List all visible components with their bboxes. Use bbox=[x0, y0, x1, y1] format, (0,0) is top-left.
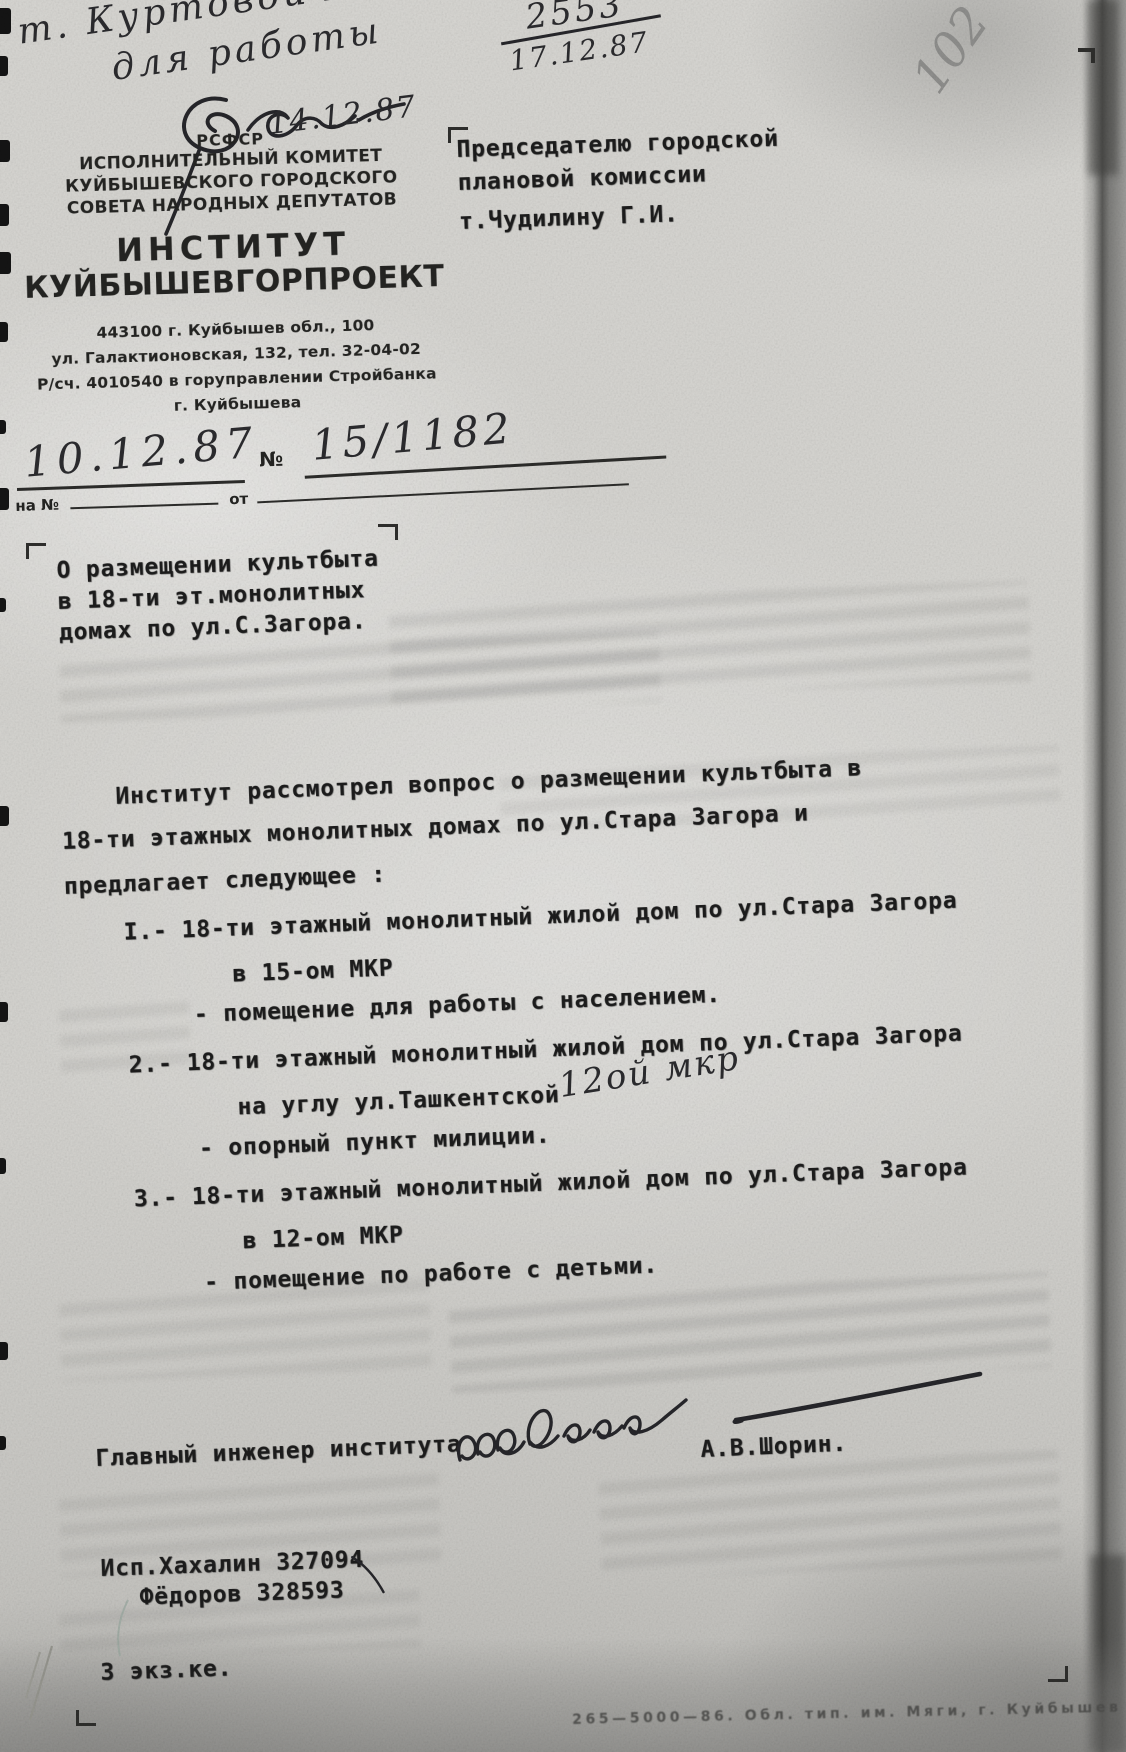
corner-mark-bottom-left bbox=[76, 1710, 96, 1726]
edge-artifact bbox=[0, 56, 8, 76]
edge-artifact bbox=[0, 252, 11, 274]
list-item-3-text: 18-ти этажный монолитный жилой дом по ул… bbox=[191, 1154, 968, 1210]
reply-from-label: от bbox=[229, 490, 249, 509]
list-item-3-number: 3.- bbox=[133, 1185, 178, 1213]
pencil-stroke-marks bbox=[18, 1640, 78, 1732]
list-item-1-line1: I.-18-ти этажный монолитный жилой дом по… bbox=[123, 888, 958, 946]
page-right-edge-band bbox=[1082, 0, 1126, 1752]
pencil-stroke-mark2 bbox=[108, 1596, 140, 1660]
list-item-3-line2: в 12-ом МКР bbox=[242, 1222, 404, 1254]
signatory-name: А.В.Шорин. bbox=[700, 1431, 847, 1463]
edge-artifact bbox=[0, 322, 8, 342]
list-item-1-text: 18-ти этажный монолитный жилой дом по ул… bbox=[181, 888, 958, 944]
list-item-1-line2: в 15-ом МКР bbox=[232, 955, 394, 987]
edge-artifact bbox=[0, 806, 9, 826]
edge-artifact bbox=[0, 1342, 8, 1360]
letter-body: Институт рассмотрел вопрос о размещении … bbox=[60, 750, 1019, 1306]
letterhead-address: 443100 г. Куйбышев обл., 100 ул. Галакти… bbox=[25, 311, 448, 423]
reply-date-rule bbox=[257, 482, 629, 503]
list-item-2-number: 2.- bbox=[128, 1051, 173, 1079]
scanned-letter-page: т. Куртовой Ж.С. для работы 14.12.87 255… bbox=[0, 0, 1126, 1752]
corner-mark-top-right bbox=[1078, 48, 1095, 63]
list-item-1-line3: - помещение для работы с населением. bbox=[193, 982, 721, 1028]
edge-artifact bbox=[0, 1436, 6, 1450]
list-item-2-line2: на углу ул.Ташкентской bbox=[237, 1082, 560, 1120]
list-item-2-line3: - опорный пункт милиции. bbox=[199, 1122, 551, 1161]
list-item-3-line1: 3.-18-ти этажный монолитный жилой дом по… bbox=[133, 1154, 968, 1212]
corner-mark-subject-left bbox=[26, 543, 46, 559]
corner-mark-subject-right bbox=[378, 524, 398, 540]
executor-connector-stroke bbox=[348, 1552, 390, 1597]
list-item-3-line3: - помещение по работе с детьми. bbox=[204, 1252, 659, 1295]
edge-artifact bbox=[0, 598, 6, 612]
outgoing-date-handwritten: 10.12.87 bbox=[22, 417, 260, 486]
body-intro-line2: 18-ти этажных монолитных домах по ул.Ста… bbox=[62, 800, 809, 855]
reply-number-rule bbox=[70, 502, 218, 510]
edge-artifact bbox=[0, 8, 11, 34]
recipient-name: т.Чудилину Г.И. bbox=[459, 195, 782, 239]
edge-artifact bbox=[0, 420, 6, 434]
letterhead: РСФСР ИСПОЛНИТЕЛЬНЫЙ КОМИТЕТ КУЙБЫШЕВСКО… bbox=[20, 124, 448, 423]
edge-artifact bbox=[0, 488, 9, 510]
edge-artifact bbox=[0, 204, 9, 226]
reply-reference-line: на № от bbox=[15, 477, 629, 515]
edge-artifact bbox=[0, 1158, 6, 1174]
recipient-block: Председателю городской плановой комиссии… bbox=[456, 123, 782, 239]
subject-block: О размещении культбыта в 18-ти эт.моноли… bbox=[56, 544, 382, 649]
chief-engineer-signature bbox=[452, 1382, 692, 1497]
reply-to-label: на № bbox=[15, 496, 59, 515]
edge-artifact bbox=[0, 1002, 8, 1022]
edge-artifact bbox=[0, 140, 10, 162]
pen-stroke-line bbox=[728, 1366, 993, 1426]
edge-shadow-top bbox=[1088, 0, 1118, 175]
list-item-1-number: I.- bbox=[123, 918, 168, 946]
number-sign: № bbox=[259, 447, 284, 472]
pencil-page-number: 102 bbox=[902, 0, 1000, 104]
corner-mark-bottom-right bbox=[1048, 1666, 1068, 1682]
signatory-title: Главный инженер института bbox=[95, 1431, 462, 1472]
body-intro-line3: предлагает следующее : bbox=[63, 862, 386, 900]
list-item-2-line1: 2.-18-ти этажный монолитный жилой дом по… bbox=[128, 1021, 963, 1079]
